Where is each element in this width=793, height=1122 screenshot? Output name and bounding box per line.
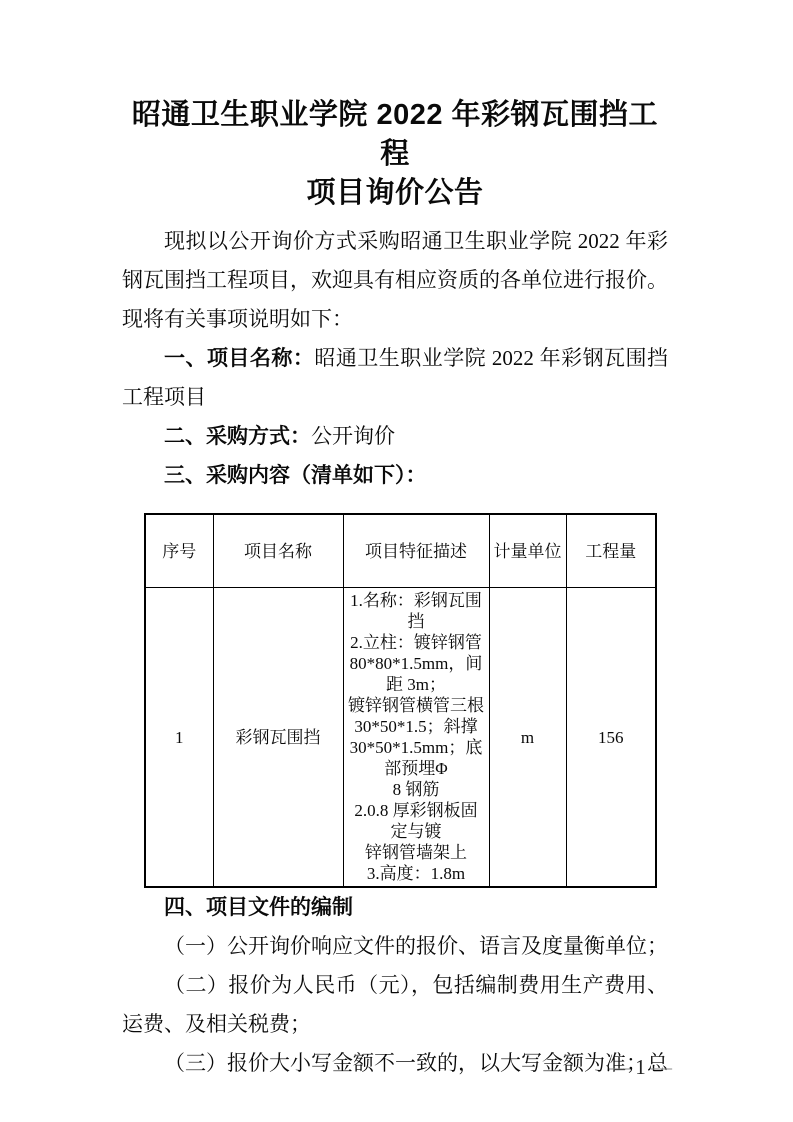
- section-project-name-label: 一、项目名称：: [164, 347, 314, 370]
- document-body: 现拟以公开询价方式采购昭通卫生职业学院 2022 年彩钢瓦围挡工程项目，欢迎具有…: [122, 222, 668, 1083]
- section4-item-3: （三）报价大小写金额不一致的，以大写金额为准；总: [122, 1044, 668, 1083]
- page-number-right-dash: —: [651, 1055, 672, 1079]
- table-cell-unit: m: [489, 588, 566, 888]
- table-header-description: 项目特征描述: [343, 514, 489, 588]
- table-header-quantity: 工程量: [566, 514, 656, 588]
- section-procurement-method-value: 公开询价: [311, 424, 395, 448]
- table-header-seq: 序号: [145, 514, 213, 588]
- section4-item-2: （二）报价为人民币（元），包括编制费用生产费用、运费、及相关税费；: [122, 966, 668, 1044]
- table-cell-seq: 1: [145, 588, 213, 888]
- table-cell-description: 1.名称：彩钢瓦围挡 2.立柱：镀锌钢管 80*80*1.5mm，间距 3m； …: [343, 588, 489, 888]
- section-procurement-method-label: 二、采购方式：: [164, 425, 311, 448]
- section-procurement-content: 三、采购内容（清单如下）：: [122, 456, 668, 495]
- section4-item-1: （一）公开询价响应文件的报价、语言及度量衡单位；: [122, 927, 668, 966]
- section-project-name: 一、项目名称：昭通卫生职业学院 2022 年彩钢瓦围挡工程项目: [122, 339, 668, 417]
- document-page: 昭通卫生职业学院 2022 年彩钢瓦围挡工程 项目询价公告 现拟以公开询价方式采…: [0, 0, 793, 1122]
- intro-paragraph: 现拟以公开询价方式采购昭通卫生职业学院 2022 年彩钢瓦围挡工程项目，欢迎具有…: [122, 222, 668, 339]
- page-number-left-dash: —: [609, 1055, 630, 1079]
- section-procurement-method: 二、采购方式：公开询价: [122, 417, 668, 456]
- table-header-unit: 计量单位: [489, 514, 566, 588]
- section-document-preparation-heading: 四、项目文件的编制: [122, 888, 668, 927]
- page-number: — 1 —: [609, 1053, 672, 1081]
- page-number-value: 1: [635, 1055, 646, 1079]
- table-header-row: 序号 项目名称 项目特征描述 计量单位 工程量: [145, 514, 656, 588]
- procurement-table: 序号 项目名称 项目特征描述 计量单位 工程量 1 彩钢瓦围挡 1.名称：彩钢瓦…: [144, 513, 657, 888]
- table-header-name: 项目名称: [213, 514, 343, 588]
- document-title: 昭通卫生职业学院 2022 年彩钢瓦围挡工程 项目询价公告: [122, 96, 668, 213]
- document-title-line1: 昭通卫生职业学院 2022 年彩钢瓦围挡工程: [122, 96, 668, 174]
- table-row: 1 彩钢瓦围挡 1.名称：彩钢瓦围挡 2.立柱：镀锌钢管 80*80*1.5mm…: [145, 588, 656, 888]
- table-cell-quantity: 156: [566, 588, 656, 888]
- section-procurement-content-label: 三、采购内容（清单如下）：: [164, 464, 427, 487]
- table-cell-name: 彩钢瓦围挡: [213, 588, 343, 888]
- document-title-line2: 项目询价公告: [122, 174, 668, 213]
